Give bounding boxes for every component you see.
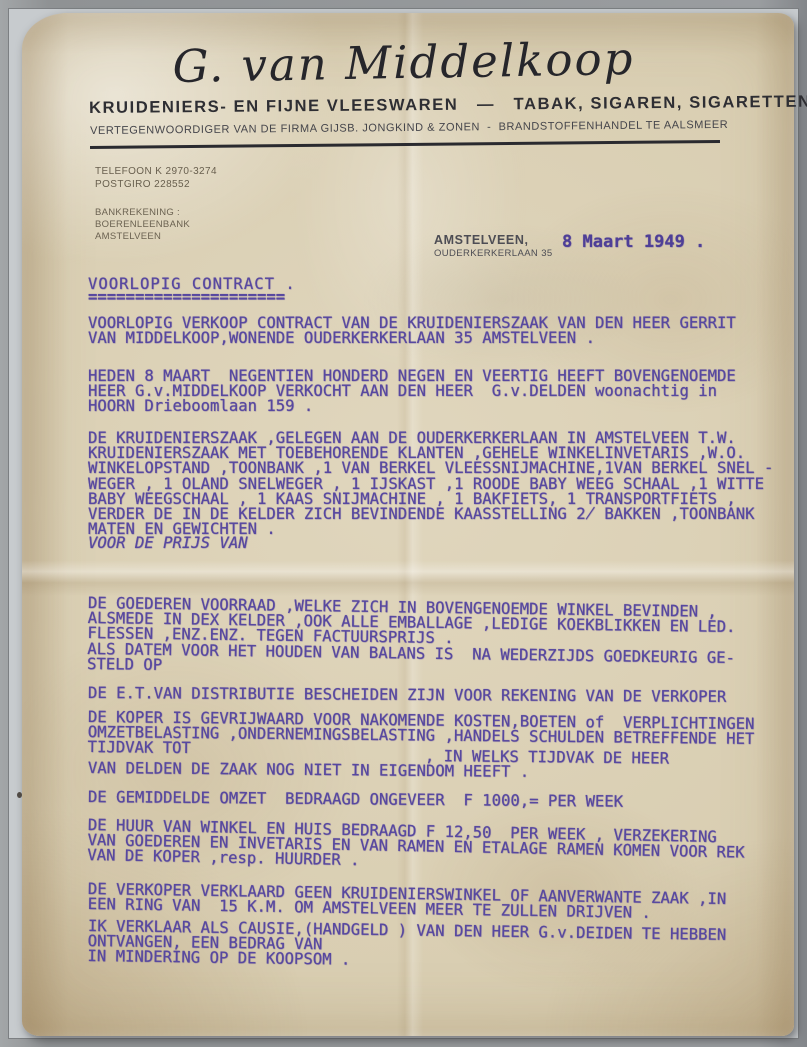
scanned-letter: G. van Middelkoop KRUIDENIERS- EN FIJNE …: [0, 0, 807, 1047]
letterhead-street: OUDERKERKERLAAN 35: [434, 248, 553, 259]
paragraph-shop-inventory: DE KRUIDENIERSZAAK ,GELEGEN AAN DE OUDER…: [88, 431, 773, 537]
paragraph-deposit-declaration: IK VERKLAAR ALS CAUSIE,(HANDGELD ) VAN D…: [87, 919, 726, 974]
paragraph-distribution: DE E.T.VAN DISTRIBUTIE BESCHEIDEN ZIJN V…: [88, 686, 726, 705]
letterhead-contact-block: TELEFOON K 2970-3274 POSTGIRO 228552: [95, 165, 217, 191]
document-title-underline: =====================: [88, 290, 285, 305]
document-date: 8 Maart 1949 .: [562, 235, 705, 250]
paragraph-price-clause: VOOR DE PRIJS VAN: [88, 536, 248, 551]
paragraph-sale-parties: HEDEN 8 MAART NEGENTIEN HONDERD NEGEN EN…: [88, 369, 736, 415]
paragraph-contract-intro: VOORLOPIG VERKOOP CONTRACT VAN DE KRUIDE…: [88, 316, 736, 346]
letterhead-city: AMSTELVEEN,: [434, 233, 553, 247]
paper-speck: [17, 792, 22, 798]
paragraph-goods-stock: DE GOEDEREN VOORRAAD ,WELKE ZICH IN BOVE…: [87, 596, 736, 681]
letterhead-address-block: AMSTELVEEN, OUDERKERKERLAAN 35: [434, 233, 553, 259]
letterhead-bank-block: BANKREKENING : BOERENLEENBANK AMSTELVEEN: [95, 207, 190, 243]
paragraph-buyer-indemnity-closing: VAN DELDEN DE ZAAK NOG NIET IN EIGENDOM …: [88, 761, 529, 780]
